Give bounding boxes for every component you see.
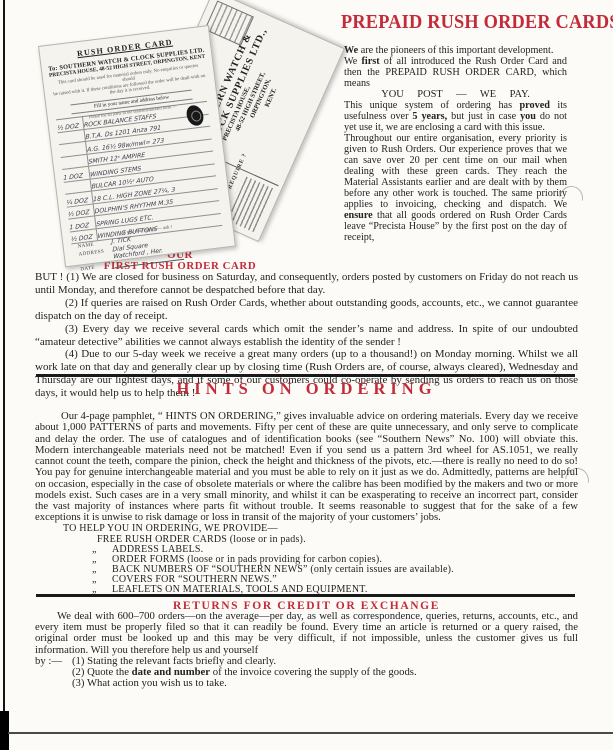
provide-list: TO HELP YOU IN ORDERING, WE PROVIDE— FRE…: [63, 524, 454, 595]
returns-section: We deal with 600–700 orders—on the avera…: [35, 611, 578, 689]
section-title-hints: HINTS ON ORDERING: [0, 379, 613, 399]
paragraph: We deal with 600–700 orders—on the avera…: [35, 611, 578, 656]
paragraph: BUT ! (1) We are closed for business on …: [35, 271, 578, 297]
bottom-left-ink-mark: [0, 711, 9, 750]
paragraph: We first of all introduced the Rush Orde…: [344, 56, 567, 89]
you-post-we-pay-line: YOU POST — WE PAY.: [344, 89, 567, 100]
prepaid-intro-column: We are the pioneers of this important de…: [344, 45, 567, 243]
left-margin-rule: [3, 0, 5, 750]
by-label: by :—: [35, 656, 72, 667]
paragraph: (3) Every day we receive several cards w…: [35, 323, 578, 349]
paragraph: This unique system of ordering has prove…: [344, 100, 567, 133]
paragraph: We are the pioneers of this important de…: [344, 45, 567, 56]
paragraph: Throughout our entire organisation, ever…: [344, 133, 567, 243]
hints-paragraph: Our 4-page pamphlet, “ HINTS ON ORDERING…: [35, 411, 578, 524]
bottom-page-rule: [8, 732, 613, 734]
paragraph: (2) If queries are raised on Rush Order …: [35, 297, 578, 323]
section-divider-rule: [36, 374, 575, 377]
section-title-prepaid: PREPAID RUSH ORDER CARDS: [341, 12, 567, 34]
section-divider-rule: [36, 594, 575, 597]
numbered-item: (3) What action you wish us to take.: [72, 678, 578, 689]
provide-intro: TO HELP YOU IN ORDERING, WE PROVIDE—: [63, 524, 454, 534]
rush-order-card-photo-front: RUSH ORDER CARD To: SOUTHERN WATCH & CLO…: [38, 25, 236, 267]
scanned-newsletter-page: DO YOU REQUIRE ? TO SOUTHERN WATCH & CLO…: [0, 0, 613, 750]
